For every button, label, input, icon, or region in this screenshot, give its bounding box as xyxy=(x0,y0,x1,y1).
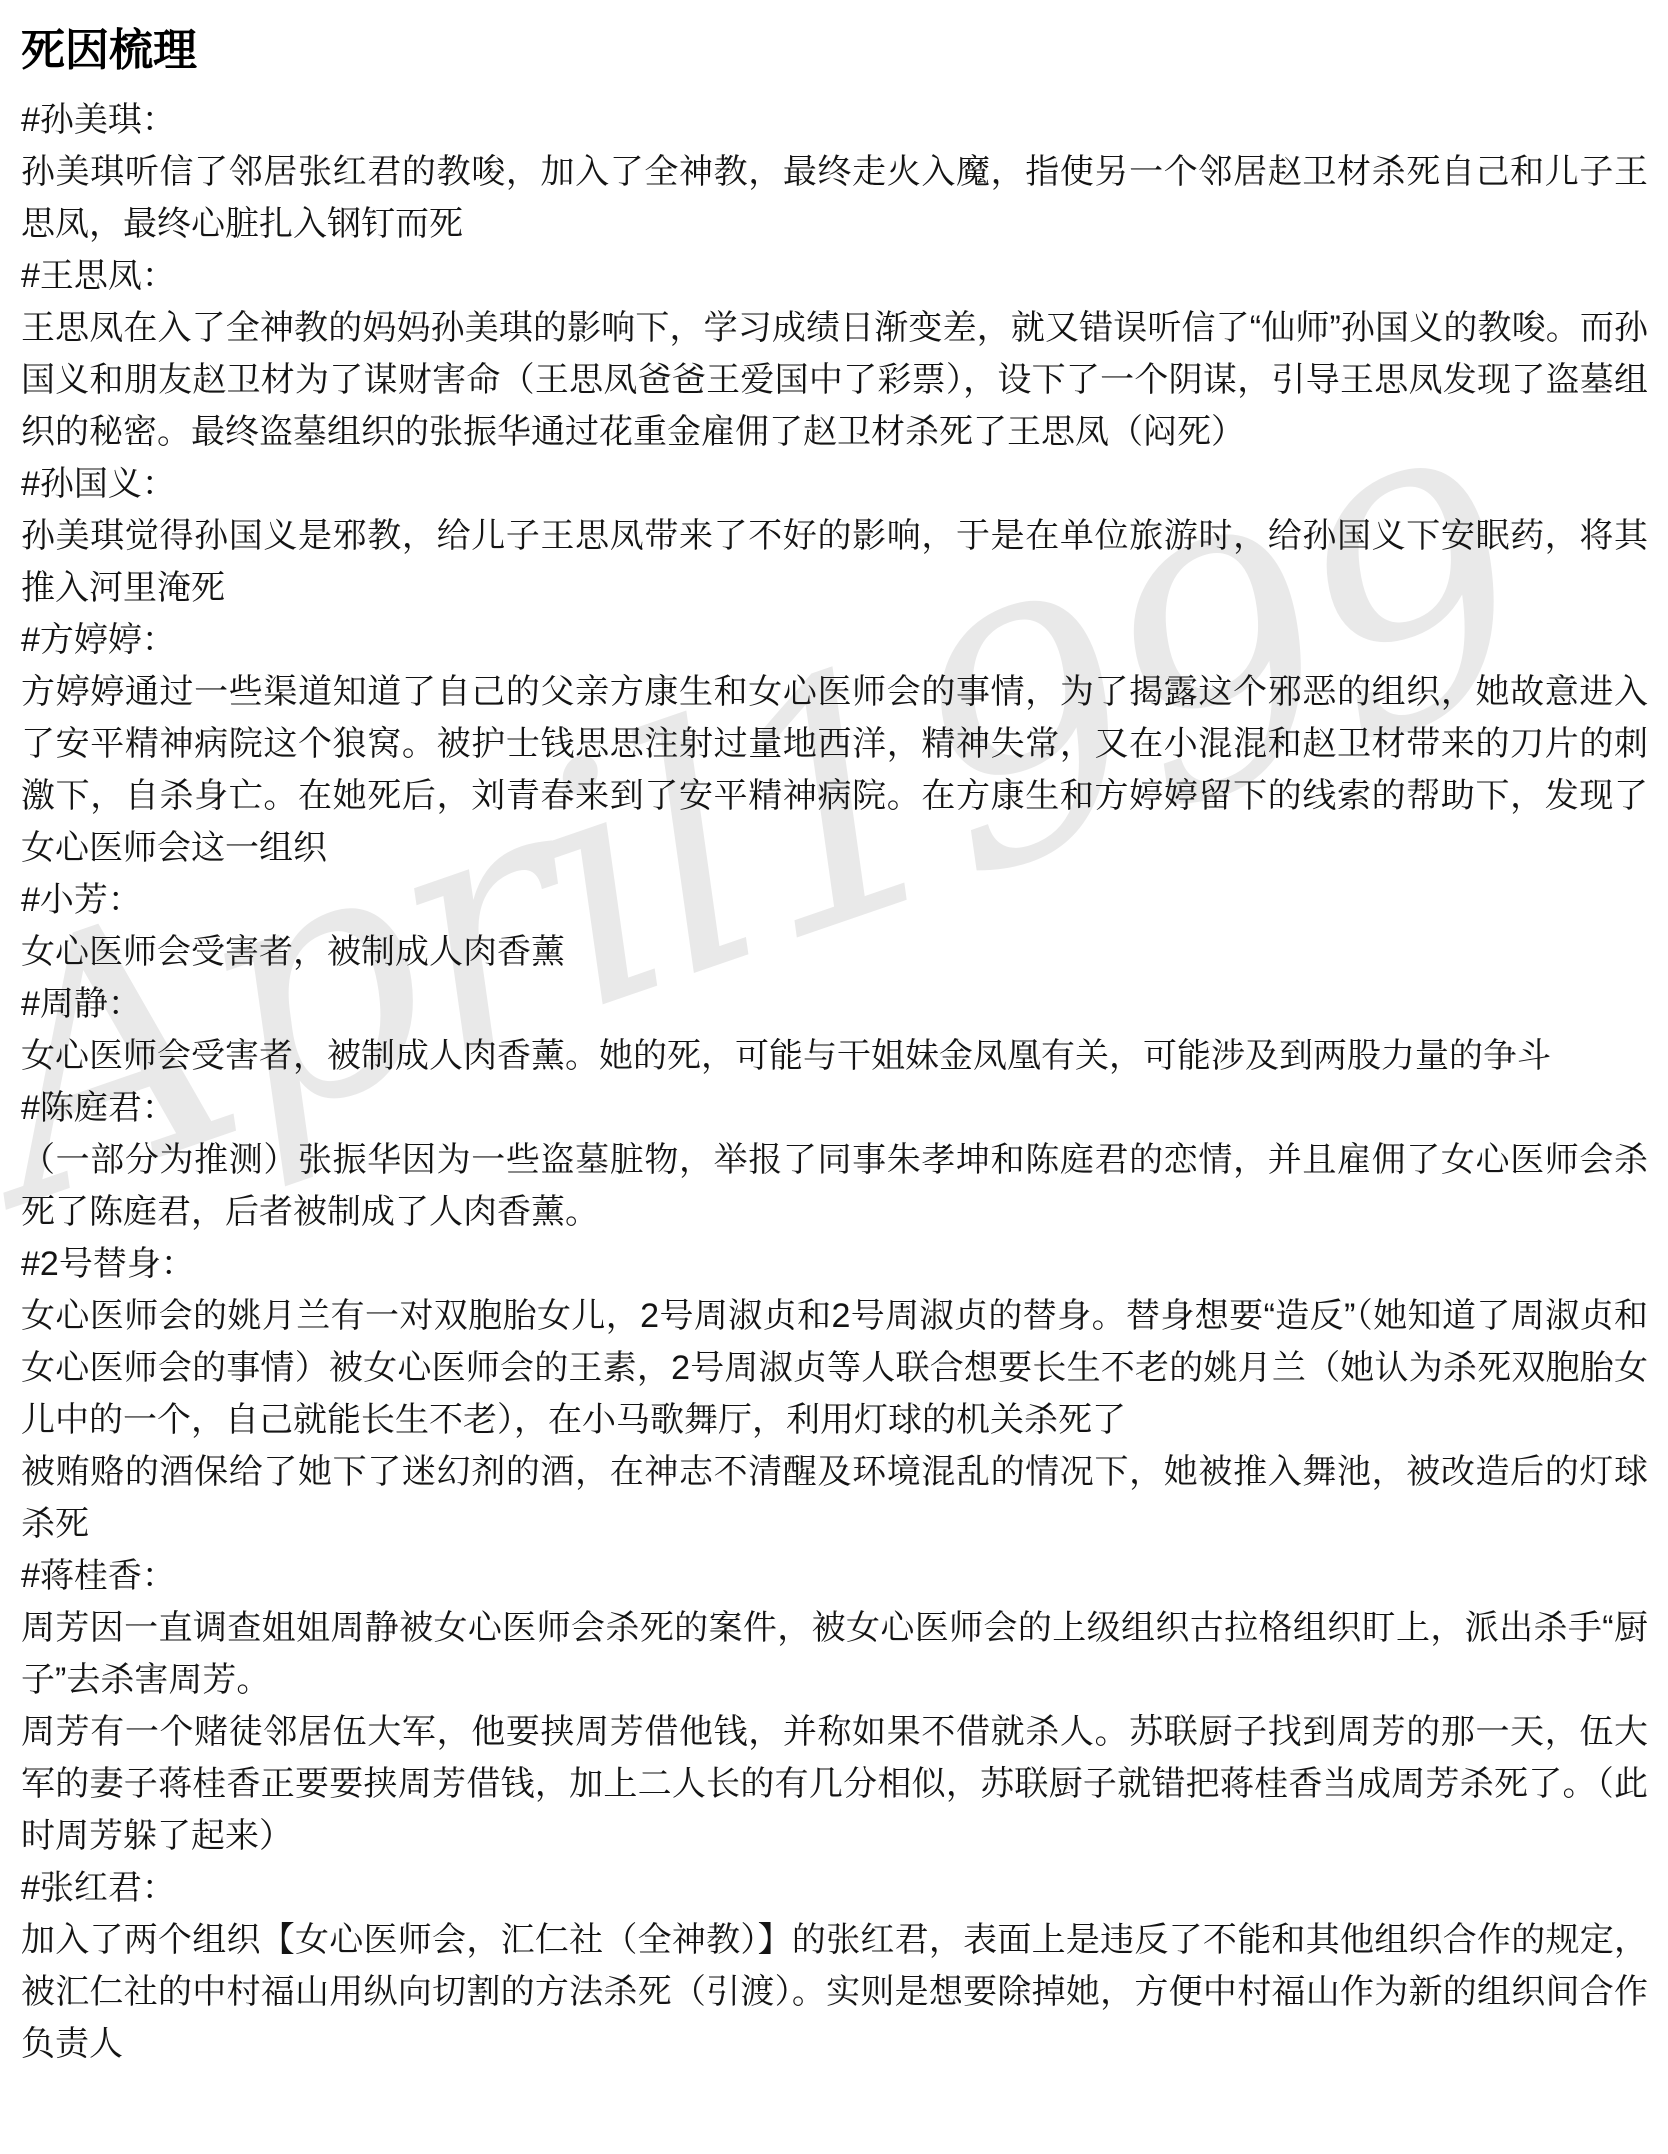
section-body: （一部分为推测）张振华因为一些盗墓脏物，举报了同事朱孝坤和陈庭君的恋情，并且雇佣… xyxy=(21,1134,1648,1238)
section-paragraph: 女心医师会的姚月兰有一对双胞胎女儿，2号周淑贞和2号周淑贞的替身。替身想要“造反… xyxy=(21,1290,1648,1446)
section-body: 孙美琪听信了邻居张红君的教唆，加入了全神教，最终走火入魔，指使另一个邻居赵卫材杀… xyxy=(21,146,1648,250)
section: #小芳： 女心医师会受害者，被制成人肉香薰 xyxy=(21,874,1648,978)
section-paragraph: 周芳有一个赌徒邻居伍大军，他要挟周芳借他钱，并称如果不借就杀人。苏联厨子找到周芳… xyxy=(21,1706,1648,1862)
sections: #孙美琪： 孙美琪听信了邻居张红君的教唆，加入了全神教，最终走火入魔，指使另一个… xyxy=(21,94,1648,2070)
section: #孙美琪： 孙美琪听信了邻居张红君的教唆，加入了全神教，最终走火入魔，指使另一个… xyxy=(21,94,1648,250)
document-page: April1999 死因梳理 #孙美琪： 孙美琪听信了邻居张红君的教唆，加入了全… xyxy=(0,0,1668,2154)
section-heading: #蒋桂香： xyxy=(21,1550,1648,1602)
section-paragraph: 女心医师会受害者，被制成人肉香薰。她的死，可能与干姐妹金凤凰有关，可能涉及到两股… xyxy=(21,1030,1648,1082)
section-body: 王思凤在入了全神教的妈妈孙美琪的影响下，学习成绩日渐变差，就又错误听信了“仙师”… xyxy=(21,302,1648,458)
section-paragraph: 孙美琪觉得孙国义是邪教，给儿子王思凤带来了不好的影响，于是在单位旅游时，给孙国义… xyxy=(21,510,1648,614)
section: #王思凤： 王思凤在入了全神教的妈妈孙美琪的影响下，学习成绩日渐变差，就又错误听… xyxy=(21,250,1648,458)
section-heading: #孙美琪： xyxy=(21,94,1648,146)
section: #孙国义： 孙美琪觉得孙国义是邪教，给儿子王思凤带来了不好的影响，于是在单位旅游… xyxy=(21,458,1648,614)
section-heading: #小芳： xyxy=(21,874,1648,926)
section-heading: #王思凤： xyxy=(21,250,1648,302)
section-body: 孙美琪觉得孙国义是邪教，给儿子王思凤带来了不好的影响，于是在单位旅游时，给孙国义… xyxy=(21,510,1648,614)
section: #陈庭君： （一部分为推测）张振华因为一些盗墓脏物，举报了同事朱孝坤和陈庭君的恋… xyxy=(21,1082,1648,1238)
section-paragraph: 方婷婷通过一些渠道知道了自己的父亲方康生和女心医师会的事情，为了揭露这个邪恶的组… xyxy=(21,666,1648,874)
section: #2号替身： 女心医师会的姚月兰有一对双胞胎女儿，2号周淑贞和2号周淑贞的替身。… xyxy=(21,1238,1648,1550)
section-paragraph: 女心医师会受害者，被制成人肉香薰 xyxy=(21,926,1648,978)
section: #周静： 女心医师会受害者，被制成人肉香薰。她的死，可能与干姐妹金凤凰有关，可能… xyxy=(21,978,1648,1082)
section-heading: #2号替身： xyxy=(21,1238,1648,1290)
section-body: 方婷婷通过一些渠道知道了自己的父亲方康生和女心医师会的事情，为了揭露这个邪恶的组… xyxy=(21,666,1648,874)
section-paragraph: （一部分为推测）张振华因为一些盗墓脏物，举报了同事朱孝坤和陈庭君的恋情，并且雇佣… xyxy=(21,1134,1648,1238)
section-heading: #周静： xyxy=(21,978,1648,1030)
section: #蒋桂香： 周芳因一直调查姐姐周静被女心医师会杀死的案件，被女心医师会的上级组织… xyxy=(21,1550,1648,1862)
section-paragraph: 周芳因一直调查姐姐周静被女心医师会杀死的案件，被女心医师会的上级组织古拉格组织盯… xyxy=(21,1602,1648,1706)
section-body: 加入了两个组织【女心医师会，汇仁社（全神教）】的张红君，表面上是违反了不能和其他… xyxy=(21,1914,1648,2070)
section: #张红君： 加入了两个组织【女心医师会，汇仁社（全神教）】的张红君，表面上是违反… xyxy=(21,1862,1648,2070)
section: #方婷婷： 方婷婷通过一些渠道知道了自己的父亲方康生和女心医师会的事情，为了揭露… xyxy=(21,614,1648,874)
section-heading: #陈庭君： xyxy=(21,1082,1648,1134)
section-body: 女心医师会的姚月兰有一对双胞胎女儿，2号周淑贞和2号周淑贞的替身。替身想要“造反… xyxy=(21,1290,1648,1550)
document-content: 死因梳理 #孙美琪： 孙美琪听信了邻居张红君的教唆，加入了全神教，最终走火入魔，… xyxy=(21,22,1648,2070)
section-body: 周芳因一直调查姐姐周静被女心医师会杀死的案件，被女心医师会的上级组织古拉格组织盯… xyxy=(21,1602,1648,1862)
section-paragraph: 孙美琪听信了邻居张红君的教唆，加入了全神教，最终走火入魔，指使另一个邻居赵卫材杀… xyxy=(21,146,1648,250)
section-paragraph: 王思凤在入了全神教的妈妈孙美琪的影响下，学习成绩日渐变差，就又错误听信了“仙师”… xyxy=(21,302,1648,458)
section-body: 女心医师会受害者，被制成人肉香薰 xyxy=(21,926,1648,978)
section-paragraph: 被贿赂的酒保给了她下了迷幻剂的酒，在神志不清醒及环境混乱的情况下，她被推入舞池，… xyxy=(21,1446,1648,1550)
section-heading: #孙国义： xyxy=(21,458,1648,510)
section-heading: #张红君： xyxy=(21,1862,1648,1914)
section-body: 女心医师会受害者，被制成人肉香薰。她的死，可能与干姐妹金凤凰有关，可能涉及到两股… xyxy=(21,1030,1648,1082)
section-paragraph: 加入了两个组织【女心医师会，汇仁社（全神教）】的张红君，表面上是违反了不能和其他… xyxy=(21,1914,1648,2070)
page-title: 死因梳理 xyxy=(21,22,1648,80)
section-heading: #方婷婷： xyxy=(21,614,1648,666)
